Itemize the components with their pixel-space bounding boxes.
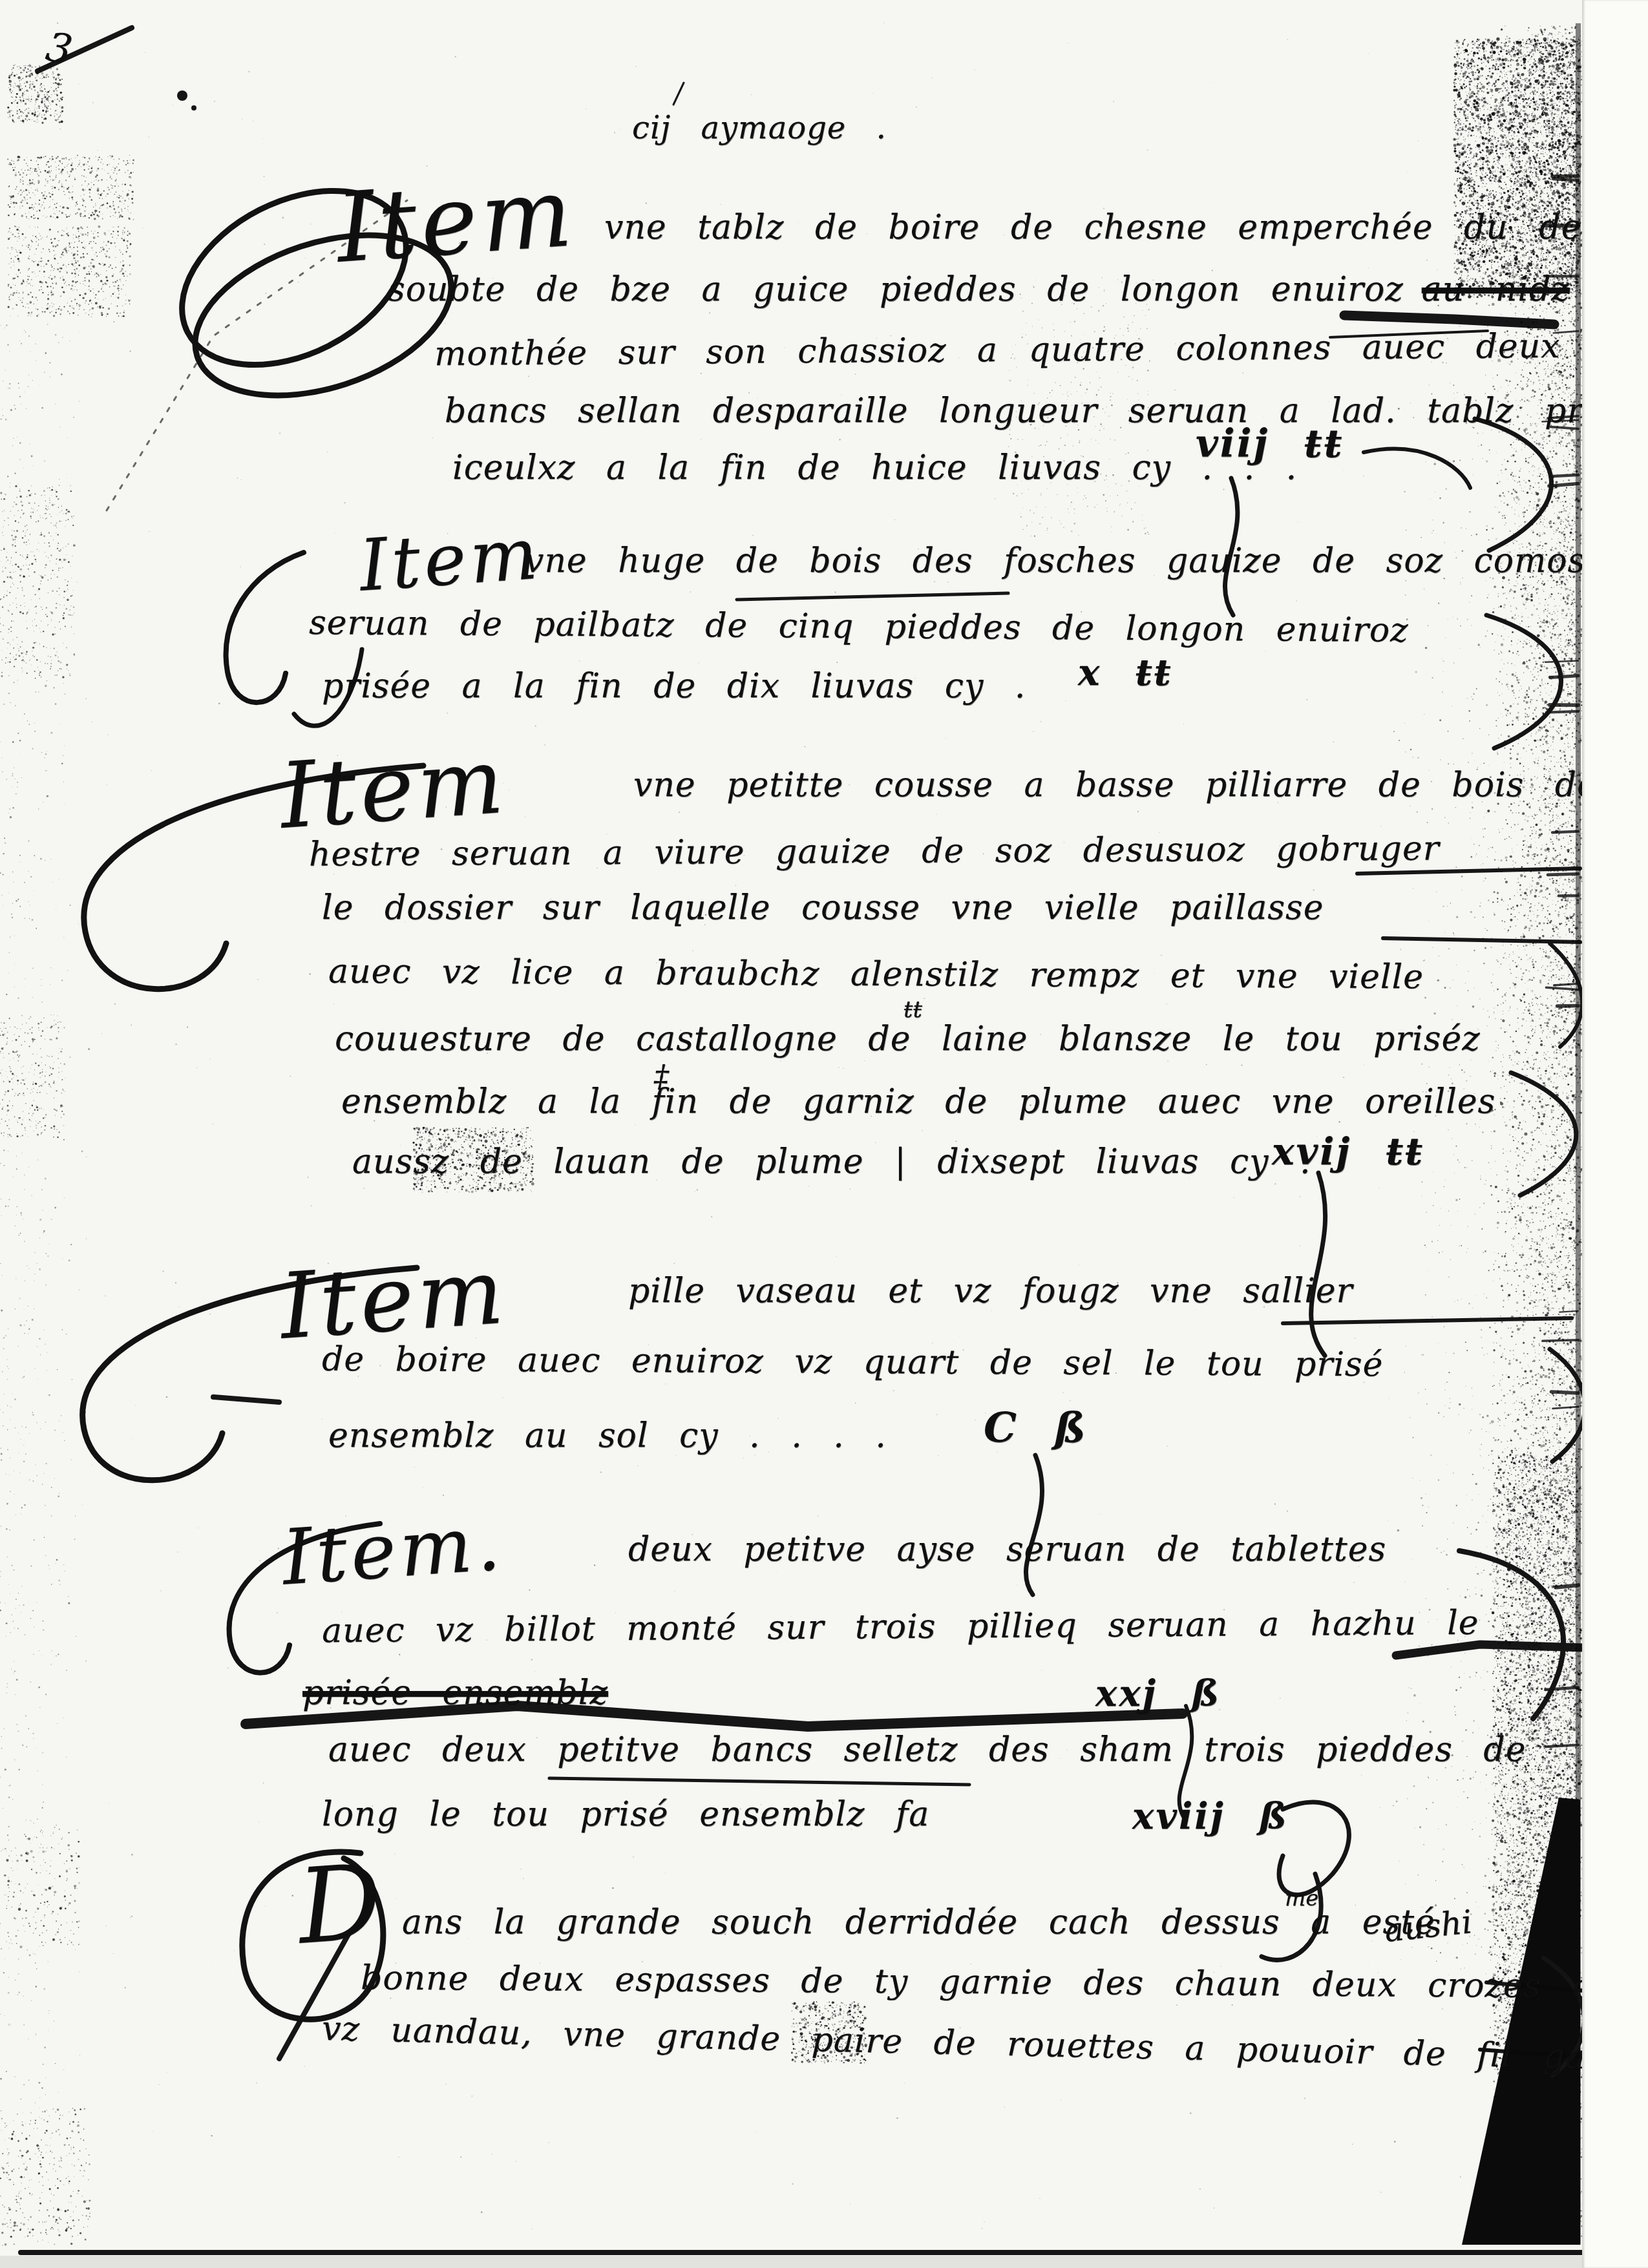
manuscript-line: soubte de bze a guice pieddes de longon … xyxy=(388,270,1570,309)
line-text: ensemblz a la fin de garniz de plume aue… xyxy=(341,1082,1495,1121)
line-text: aussz de lauan de plume | dixsept liuvas… xyxy=(352,1142,1311,1181)
item-initial: Item. xyxy=(279,1498,507,1602)
line-text: de boire auec enuiroz vz quart de sel le… xyxy=(322,1340,1384,1385)
superscript-correction: ŧŧ xyxy=(903,996,922,1023)
manuscript-line: iceulxz a la fin de huice liuvas cy . . … xyxy=(452,448,1297,487)
manuscript-line: ensemblz a la fin de garniz de plume aue… xyxy=(341,1082,1495,1121)
line-text: hestre seruan a viure gauize de soz desu… xyxy=(309,829,1440,874)
line-text: prisée a la fin de dix liuvas cy . xyxy=(322,667,1026,706)
manuscript-line: le dossier sur laquelle cousse vne viell… xyxy=(322,888,1324,927)
line-text: vne tablz de boire de chesne emperchée d… xyxy=(604,208,1623,247)
scanner-bed-bottom xyxy=(0,2256,1648,2268)
page-header-inscription: cij aymaoge . xyxy=(632,110,887,146)
amount-notation: xviij ß xyxy=(1132,1795,1289,1838)
amount-notation: viij ŧŧ xyxy=(1196,421,1344,467)
line-text: vne petitte cousse a basse pilliarre de … xyxy=(633,766,1598,804)
line-text: pille vaseau et vz fougz vne sallier xyxy=(628,1272,1353,1310)
page-bottom-edge-line xyxy=(18,2250,1648,2255)
item-initial: Item xyxy=(333,156,579,284)
manuscript-line: seruan de pailbatz de cinq pieddes de lo… xyxy=(309,604,1409,650)
manuscript-line: aussz de lauan de plume | dixsept liuvas… xyxy=(352,1142,1311,1181)
manuscript-line: auec vz lice a braubchz alenstilz rempz … xyxy=(328,952,1424,997)
line-text: ensemblz au sol cy . . . . xyxy=(328,1416,887,1455)
manuscript-line: ensemblz au sol cy . . . . xyxy=(328,1416,887,1455)
struck-text: au nidz xyxy=(1422,270,1570,309)
manuscript-line: ans la grande souch derriddée cach dessu… xyxy=(402,1903,1435,1942)
line-text: auec deux petitve bancs selletz des sham… xyxy=(328,1730,1526,1769)
item-initial: D xyxy=(294,1841,389,1968)
line-text: seruan de pailbatz de cinq pieddes de lo… xyxy=(309,604,1409,650)
line-text: vne huge de bois des fosches gauize de s… xyxy=(525,541,1642,580)
manuscript-page: 3 cij aymaoge . Item vne tablz de boire … xyxy=(0,0,1648,2268)
manuscript-line: couuesture de castallogne de laine blans… xyxy=(335,1020,1481,1058)
insertion-mark: ‡ xyxy=(654,1058,669,1093)
line-text: auec vz lice a braubchz alenstilz rempz … xyxy=(328,952,1424,997)
manuscript-line: hestre seruan a viure gauize de soz desu… xyxy=(309,829,1440,874)
scanner-bed-right xyxy=(1582,0,1648,2268)
line-text: soubte de bze a guice pieddes de longon … xyxy=(388,270,1404,309)
line-text: long le tou prisé ensemblz fa xyxy=(322,1795,929,1834)
line-text: couuesture de castallogne de laine blans… xyxy=(335,1020,1481,1058)
amount-notation: C ß xyxy=(984,1403,1088,1452)
manuscript-line: monthée sur son chassioz a quatre colonn… xyxy=(434,327,1561,373)
line-text: deux petitve ayse seruan de tablettes xyxy=(628,1530,1386,1569)
manuscript-line: de boire auec enuiroz vz quart de sel le… xyxy=(322,1340,1384,1385)
manuscript-line: vne huge de bois des fosches gauize de s… xyxy=(525,541,1642,580)
manuscript-line: auec vz billot monté sur trois pillieq s… xyxy=(322,1604,1479,1650)
item-initial: Item xyxy=(357,512,544,607)
amount-notation: xvij ŧŧ xyxy=(1272,1129,1424,1173)
line-text: auec vz billot monté sur trois pillieq s… xyxy=(322,1604,1479,1650)
manuscript-line: pille vaseau et vz fougz vne sallier xyxy=(628,1272,1353,1310)
manuscript-line: prisée a la fin de dix liuvas cy . xyxy=(322,667,1026,706)
manuscript-line: long le tou prisé ensemblz fa xyxy=(322,1795,929,1834)
line-text: ans la grande souch derriddée cach dessu… xyxy=(402,1903,1435,1942)
manuscript-line: bancs sellan desparaille longueur seruan… xyxy=(445,392,1648,430)
line-text: le dossier sur laquelle cousse vne viell… xyxy=(322,888,1324,927)
manuscript-line: vne petitte cousse a basse pilliarre de … xyxy=(633,766,1598,804)
line-text: monthée sur son chassioz a quatre colonn… xyxy=(434,327,1561,373)
item-initial: Item xyxy=(277,729,511,850)
manuscript-line: auec deux petitve bancs selletz des sham… xyxy=(328,1730,1526,1769)
amount-notation: xxj ß xyxy=(1095,1672,1221,1715)
struck-text: prisée ensemblz xyxy=(302,1674,608,1712)
line-text: iceulxz a la fin de huice liuvas cy . . … xyxy=(452,448,1297,487)
superscript-abbreviation: me xyxy=(1285,1885,1318,1911)
manuscript-line: prisée ensemblz xyxy=(302,1674,608,1712)
amount-notation: x ŧŧ xyxy=(1078,651,1173,694)
manuscript-line: deux petitve ayse seruan de tablettes xyxy=(628,1530,1386,1569)
manuscript-line: vne tablz de boire de chesne emperchée d… xyxy=(604,208,1623,247)
line-text: bancs sellan desparaille longueur seruan… xyxy=(445,392,1648,430)
